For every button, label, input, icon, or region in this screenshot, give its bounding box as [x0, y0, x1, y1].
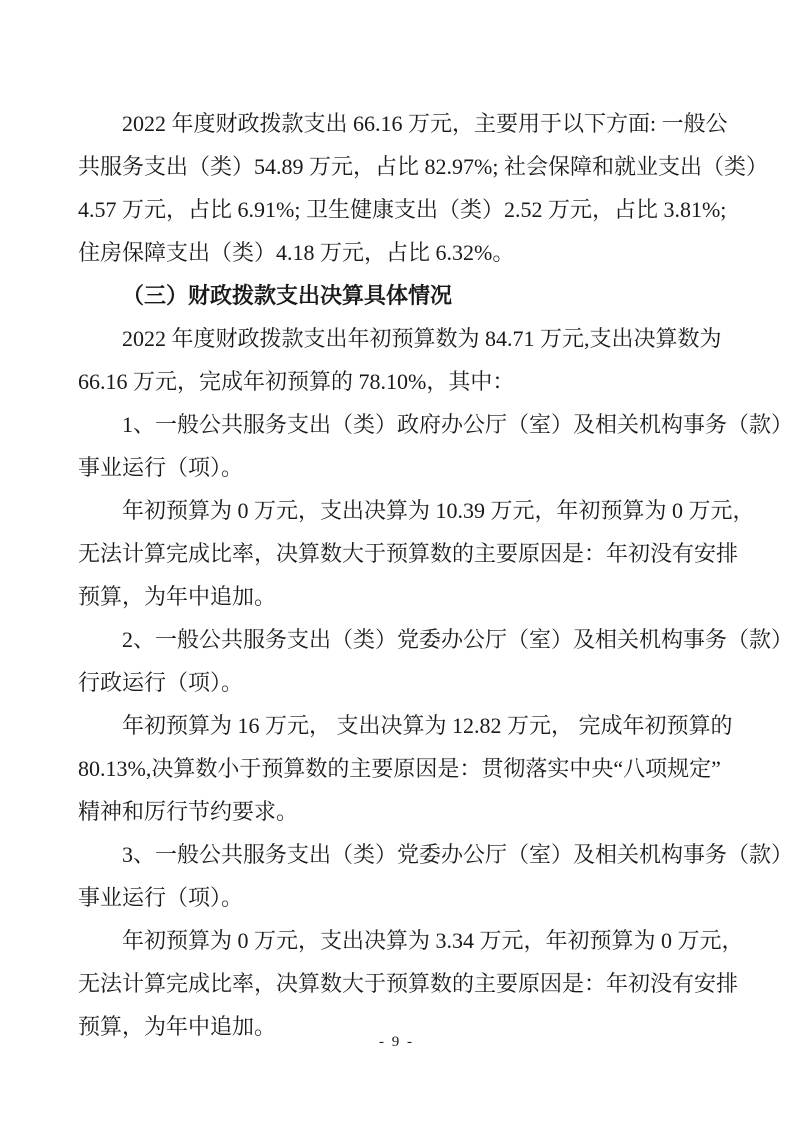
paragraph-line: 年初预算为 16 万元， 支出决算为 12.82 万元， 完成年初预算的	[78, 704, 718, 747]
paragraph-line: 精神和厉行节约要求。	[78, 790, 718, 833]
paragraph-line: 2、一般公共服务支出（类）党委办公厅（室）及相关机构事务（款）	[78, 618, 718, 661]
paragraph-line: 3、一般公共服务支出（类）党委办公厅（室）及相关机构事务（款）	[78, 833, 718, 876]
paragraph-line: 年初预算为 0 万元，支出决算为 10.39 万元，年初预算为 0 万元，	[78, 489, 718, 532]
paragraph-line: 66.16 万元，完成年初预算的 78.10%，其中：	[78, 360, 718, 403]
paragraph-line: 2022 年度财政拨款支出年初预算数为 84.71 万元,支出决算数为	[78, 317, 718, 360]
paragraph-line: 事业运行（项）。	[78, 876, 718, 919]
section-heading-line: （三）财政拨款支出决算具体情况	[78, 274, 718, 317]
paragraph-line: 无法计算完成比率，决算数大于预算数的主要原因是：年初没有安排	[78, 962, 718, 1005]
page-number: - 9 -	[379, 1034, 414, 1050]
paragraph-line: 2022 年度财政拨款支出 66.16 万元，主要用于以下方面: 一般公	[78, 102, 718, 145]
paragraph-line: 共服务支出（类）54.89 万元，占比 82.97%; 社会保障和就业支出（类）	[78, 145, 718, 188]
paragraph-line: 80.13%,决算数小于预算数的主要原因是：贯彻落实中央“八项规定”	[78, 747, 718, 790]
page-footer: - 9 -	[0, 1034, 793, 1051]
paragraph-line: 住房保障支出（类）4.18 万元，占比 6.32%。	[78, 231, 718, 274]
document-page: 2022 年度财政拨款支出 66.16 万元，主要用于以下方面: 一般公共服务支…	[0, 0, 793, 1122]
paragraph-line: 行政运行（项）。	[78, 661, 718, 704]
paragraph-line: 4.57 万元，占比 6.91%; 卫生健康支出（类）2.52 万元，占比 3.…	[78, 188, 718, 231]
paragraph-line: 年初预算为 0 万元，支出决算为 3.34 万元，年初预算为 0 万元，	[78, 919, 718, 962]
document-body: 2022 年度财政拨款支出 66.16 万元，主要用于以下方面: 一般公共服务支…	[78, 102, 718, 1048]
paragraph-line: 无法计算完成比率，决算数大于预算数的主要原因是：年初没有安排	[78, 532, 718, 575]
paragraph-line: 事业运行（项）。	[78, 446, 718, 489]
paragraph-line: 1、一般公共服务支出（类）政府办公厅（室）及相关机构事务（款）	[78, 403, 718, 446]
paragraph-line: 预算，为年中追加。	[78, 575, 718, 618]
